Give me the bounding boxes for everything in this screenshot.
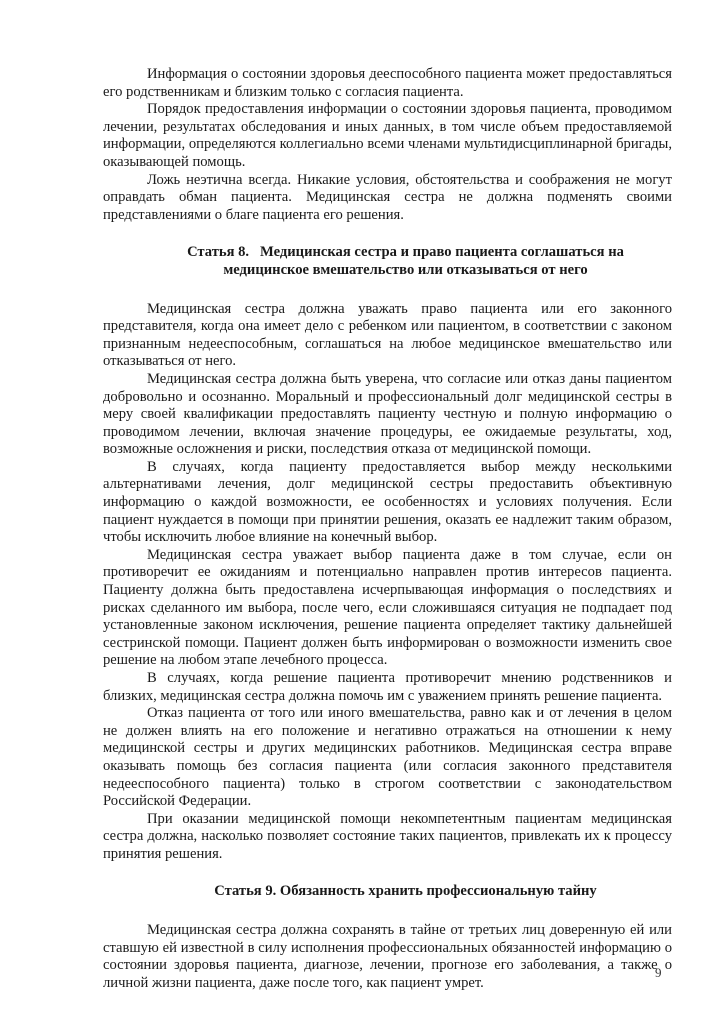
paragraph: Ложь неэтична всегда. Никакие условия, о… — [103, 172, 672, 225]
paragraph: Медицинская сестра должна уважать право … — [103, 301, 672, 371]
paragraph: Отказ пациента от того или иного вмешате… — [103, 705, 672, 811]
article-9-heading: Статья 9. Обязанность хранить профессион… — [103, 883, 672, 901]
paragraph: Медицинская сестра должна быть уверена, … — [103, 371, 672, 459]
article-8-title-line1: Статья 8. Медицинская сестра и право пац… — [139, 244, 672, 262]
paragraph: При оказании медицинской помощи некомпет… — [103, 811, 672, 864]
page-number: 9 — [655, 965, 662, 981]
paragraph: Медицинская сестра уважает выбор пациент… — [103, 547, 672, 670]
paragraph: Медицинская сестра должна сохранять в та… — [103, 922, 672, 992]
document-page: Информация о состоянии здоровья дееспосо… — [103, 66, 672, 993]
article-8-title-line2: медицинское вмешательство или отказывать… — [139, 262, 672, 280]
paragraph: Порядок предоставления информации о сост… — [103, 101, 672, 171]
article-8-heading: Статья 8. Медицинская сестра и право пац… — [103, 244, 672, 279]
paragraph: В случаях, когда решение пациента против… — [103, 670, 672, 705]
paragraph: В случаях, когда пациенту предоставляетс… — [103, 459, 672, 547]
paragraph: Информация о состоянии здоровья дееспосо… — [103, 66, 672, 101]
